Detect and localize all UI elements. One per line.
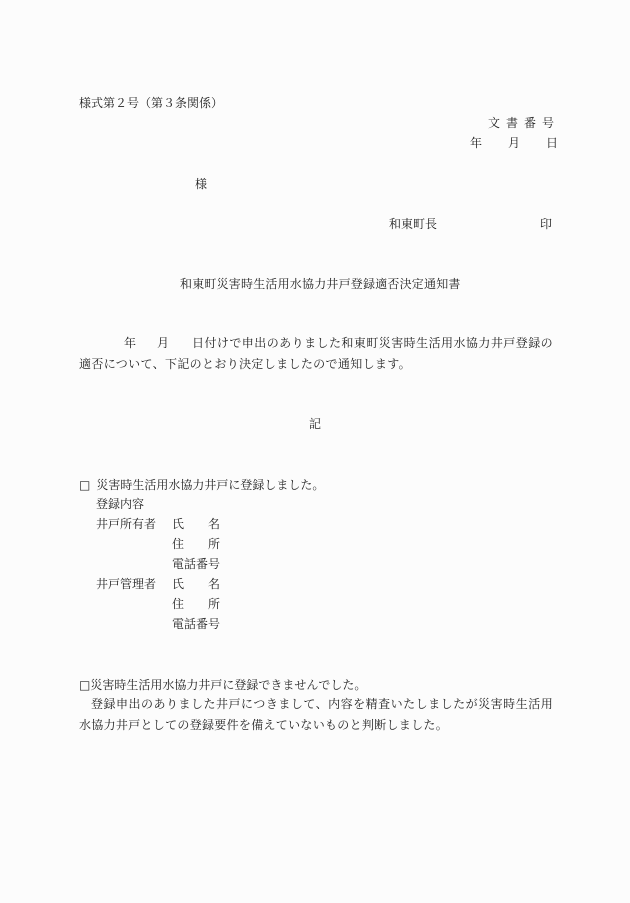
option-registered-text: 災害時生活用水協力井戸に登録しました。	[96, 478, 324, 492]
manager-address-field: 住 所	[172, 598, 220, 610]
manager-label: 井戸管理者	[96, 578, 156, 590]
option-rejected: □災害時生活用水協力井戸に登録できませんでした。	[79, 679, 366, 691]
manager-phone-field: 電話番号	[172, 618, 220, 630]
date-year: 年	[470, 136, 482, 150]
owner-phone-field: 電話番号	[172, 558, 220, 570]
rejection-reason: 登録申出のありました井戸につきまして、内容を精査いたしましたが災害時生活用水協力…	[79, 694, 553, 736]
date-day: 日	[546, 136, 558, 150]
document-number-label: 文書番号	[488, 117, 560, 129]
ki-heading: 記	[309, 418, 321, 430]
form-number: 様式第２号（第３条関係）	[79, 97, 223, 109]
option-registered: □災害時生活用水協力井戸に登録しました。	[79, 479, 324, 491]
seal-mark: 印	[540, 218, 552, 230]
option-rejected-text: 災害時生活用水協力井戸に登録できませんでした。	[90, 678, 366, 692]
registration-contents-label: 登録内容	[96, 498, 144, 510]
date-month: 月	[508, 136, 520, 150]
manager-name-field: 氏 名	[172, 578, 220, 590]
date-line: 年月日	[470, 137, 558, 149]
recipient-suffix: 様	[195, 178, 207, 190]
owner-name-field: 氏 名	[172, 518, 220, 530]
checkbox-rejected[interactable]: □	[79, 678, 90, 692]
sender-title: 和東町長	[389, 218, 437, 230]
document-title: 和東町災害時生活用水協力井戸登録適否決定通知書	[180, 278, 461, 290]
owner-address-field: 住 所	[172, 538, 220, 550]
intro-paragraph: 日付けで申出のありました和東町災害時生活用水協力井戸登録の適否について、下記のと…	[79, 333, 553, 375]
checkbox-registered[interactable]: □	[79, 478, 90, 492]
owner-label: 井戸所有者	[96, 518, 156, 530]
